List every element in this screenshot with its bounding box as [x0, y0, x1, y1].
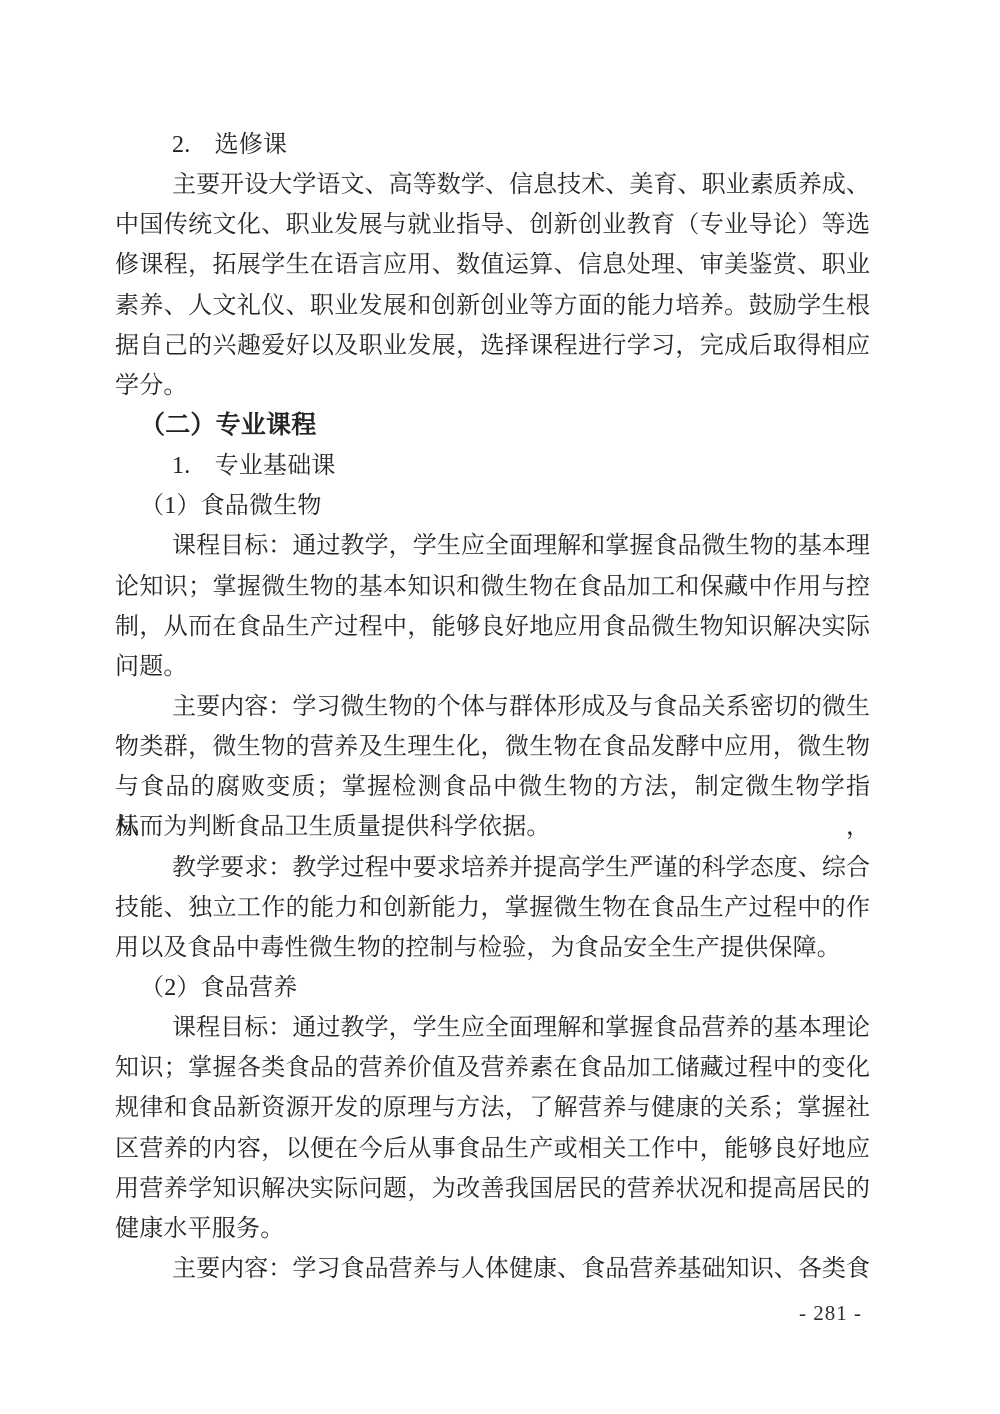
- para-micro-content-line: 与食品的腐败变质；掌握检测食品中微生物的方法，制定微生物学指标，: [115, 767, 870, 807]
- para-micro-requirement-line: 教学要求：教学过程中要求培养并提高学生严谨的科学态度、综合: [115, 848, 870, 888]
- subheading-food-nutrition: （2）食品营养: [115, 968, 870, 1008]
- para-micro-objective-line: 问题。: [115, 647, 870, 687]
- para-micro-objective-line: 课程目标：通过教学，学生应全面理解和掌握食品微生物的基本理: [115, 526, 870, 566]
- para-nutrition-objective-line: 知识；掌握各类食品的营养价值及营养素在食品加工储藏过程中的变化: [115, 1048, 870, 1088]
- list-item-professional-basic-course-title: 1. 专业基础课: [115, 446, 870, 486]
- para-micro-content-line: 主要内容：学习微生物的个体与群体形成及与食品关系密切的微生: [115, 687, 870, 727]
- para-nutrition-objective-line: 用营养学知识解决实际问题，为改善我国居民的营养状况和提高居民的: [115, 1169, 870, 1209]
- para-micro-objective-line: 论知识；掌握微生物的基本知识和微生物在食品加工和保藏中作用与控: [115, 567, 870, 607]
- para-micro-content-line: 物类群，微生物的营养及生理生化，微生物在食品发酵中应用，微生物: [115, 727, 870, 767]
- page-number: - 281 -: [799, 1301, 862, 1326]
- para-nutrition-objective-line: 区营养的内容，以便在今后从事食品生产或相关工作中，能够良好地应: [115, 1129, 870, 1169]
- subheading-food-microbiology: （1）食品微生物: [115, 486, 870, 526]
- para-nutrition-objective-line: 健康水平服务。: [115, 1209, 870, 1249]
- heading-professional-courses: （二）专业课程: [115, 406, 870, 446]
- para-elective-line: 素养、人文礼仪、职业发展和创新创业等方面的能力培养。鼓励学生根: [115, 286, 870, 326]
- document-page: 2. 选修课主要开设大学语文、高等数学、信息技术、美育、职业素质养成、中国传统文…: [0, 0, 1000, 1414]
- para-elective-line: 主要开设大学语文、高等数学、信息技术、美育、职业素质养成、: [115, 165, 870, 205]
- page-body-text: 2. 选修课主要开设大学语文、高等数学、信息技术、美育、职业素质养成、中国传统文…: [115, 125, 870, 1289]
- para-micro-requirement-line: 用以及食品中毒性微生物的控制与检验，为食品安全生产提供保障。: [115, 928, 870, 968]
- para-nutrition-objective-line: 规律和食品新资源开发的原理与方法，了解营养与健康的关系；掌握社: [115, 1088, 870, 1128]
- list-item-elective-course-title: 2. 选修课: [115, 125, 870, 165]
- para-nutrition-content-line: 主要内容：学习食品营养与人体健康、食品营养基础知识、各类食: [115, 1249, 870, 1289]
- para-elective-line: 修课程，拓展学生在语言应用、数值运算、信息处理、审美鉴赏、职业: [115, 245, 870, 285]
- para-micro-requirement-line: 技能、独立工作的能力和创新能力，掌握微生物在食品生产过程中的作: [115, 888, 870, 928]
- para-elective-line: 据自己的兴趣爱好以及职业发展，选择课程进行学习，完成后取得相应: [115, 326, 870, 366]
- para-elective-line: 中国传统文化、职业发展与就业指导、创新创业教育（专业导论）等选: [115, 205, 870, 245]
- para-micro-objective-line: 制，从而在食品生产过程中，能够良好地应用食品微生物知识解决实际: [115, 607, 870, 647]
- para-nutrition-objective-line: 课程目标：通过教学，学生应全面理解和掌握食品营养的基本理论: [115, 1008, 870, 1048]
- para-elective-line: 学分。: [115, 366, 870, 406]
